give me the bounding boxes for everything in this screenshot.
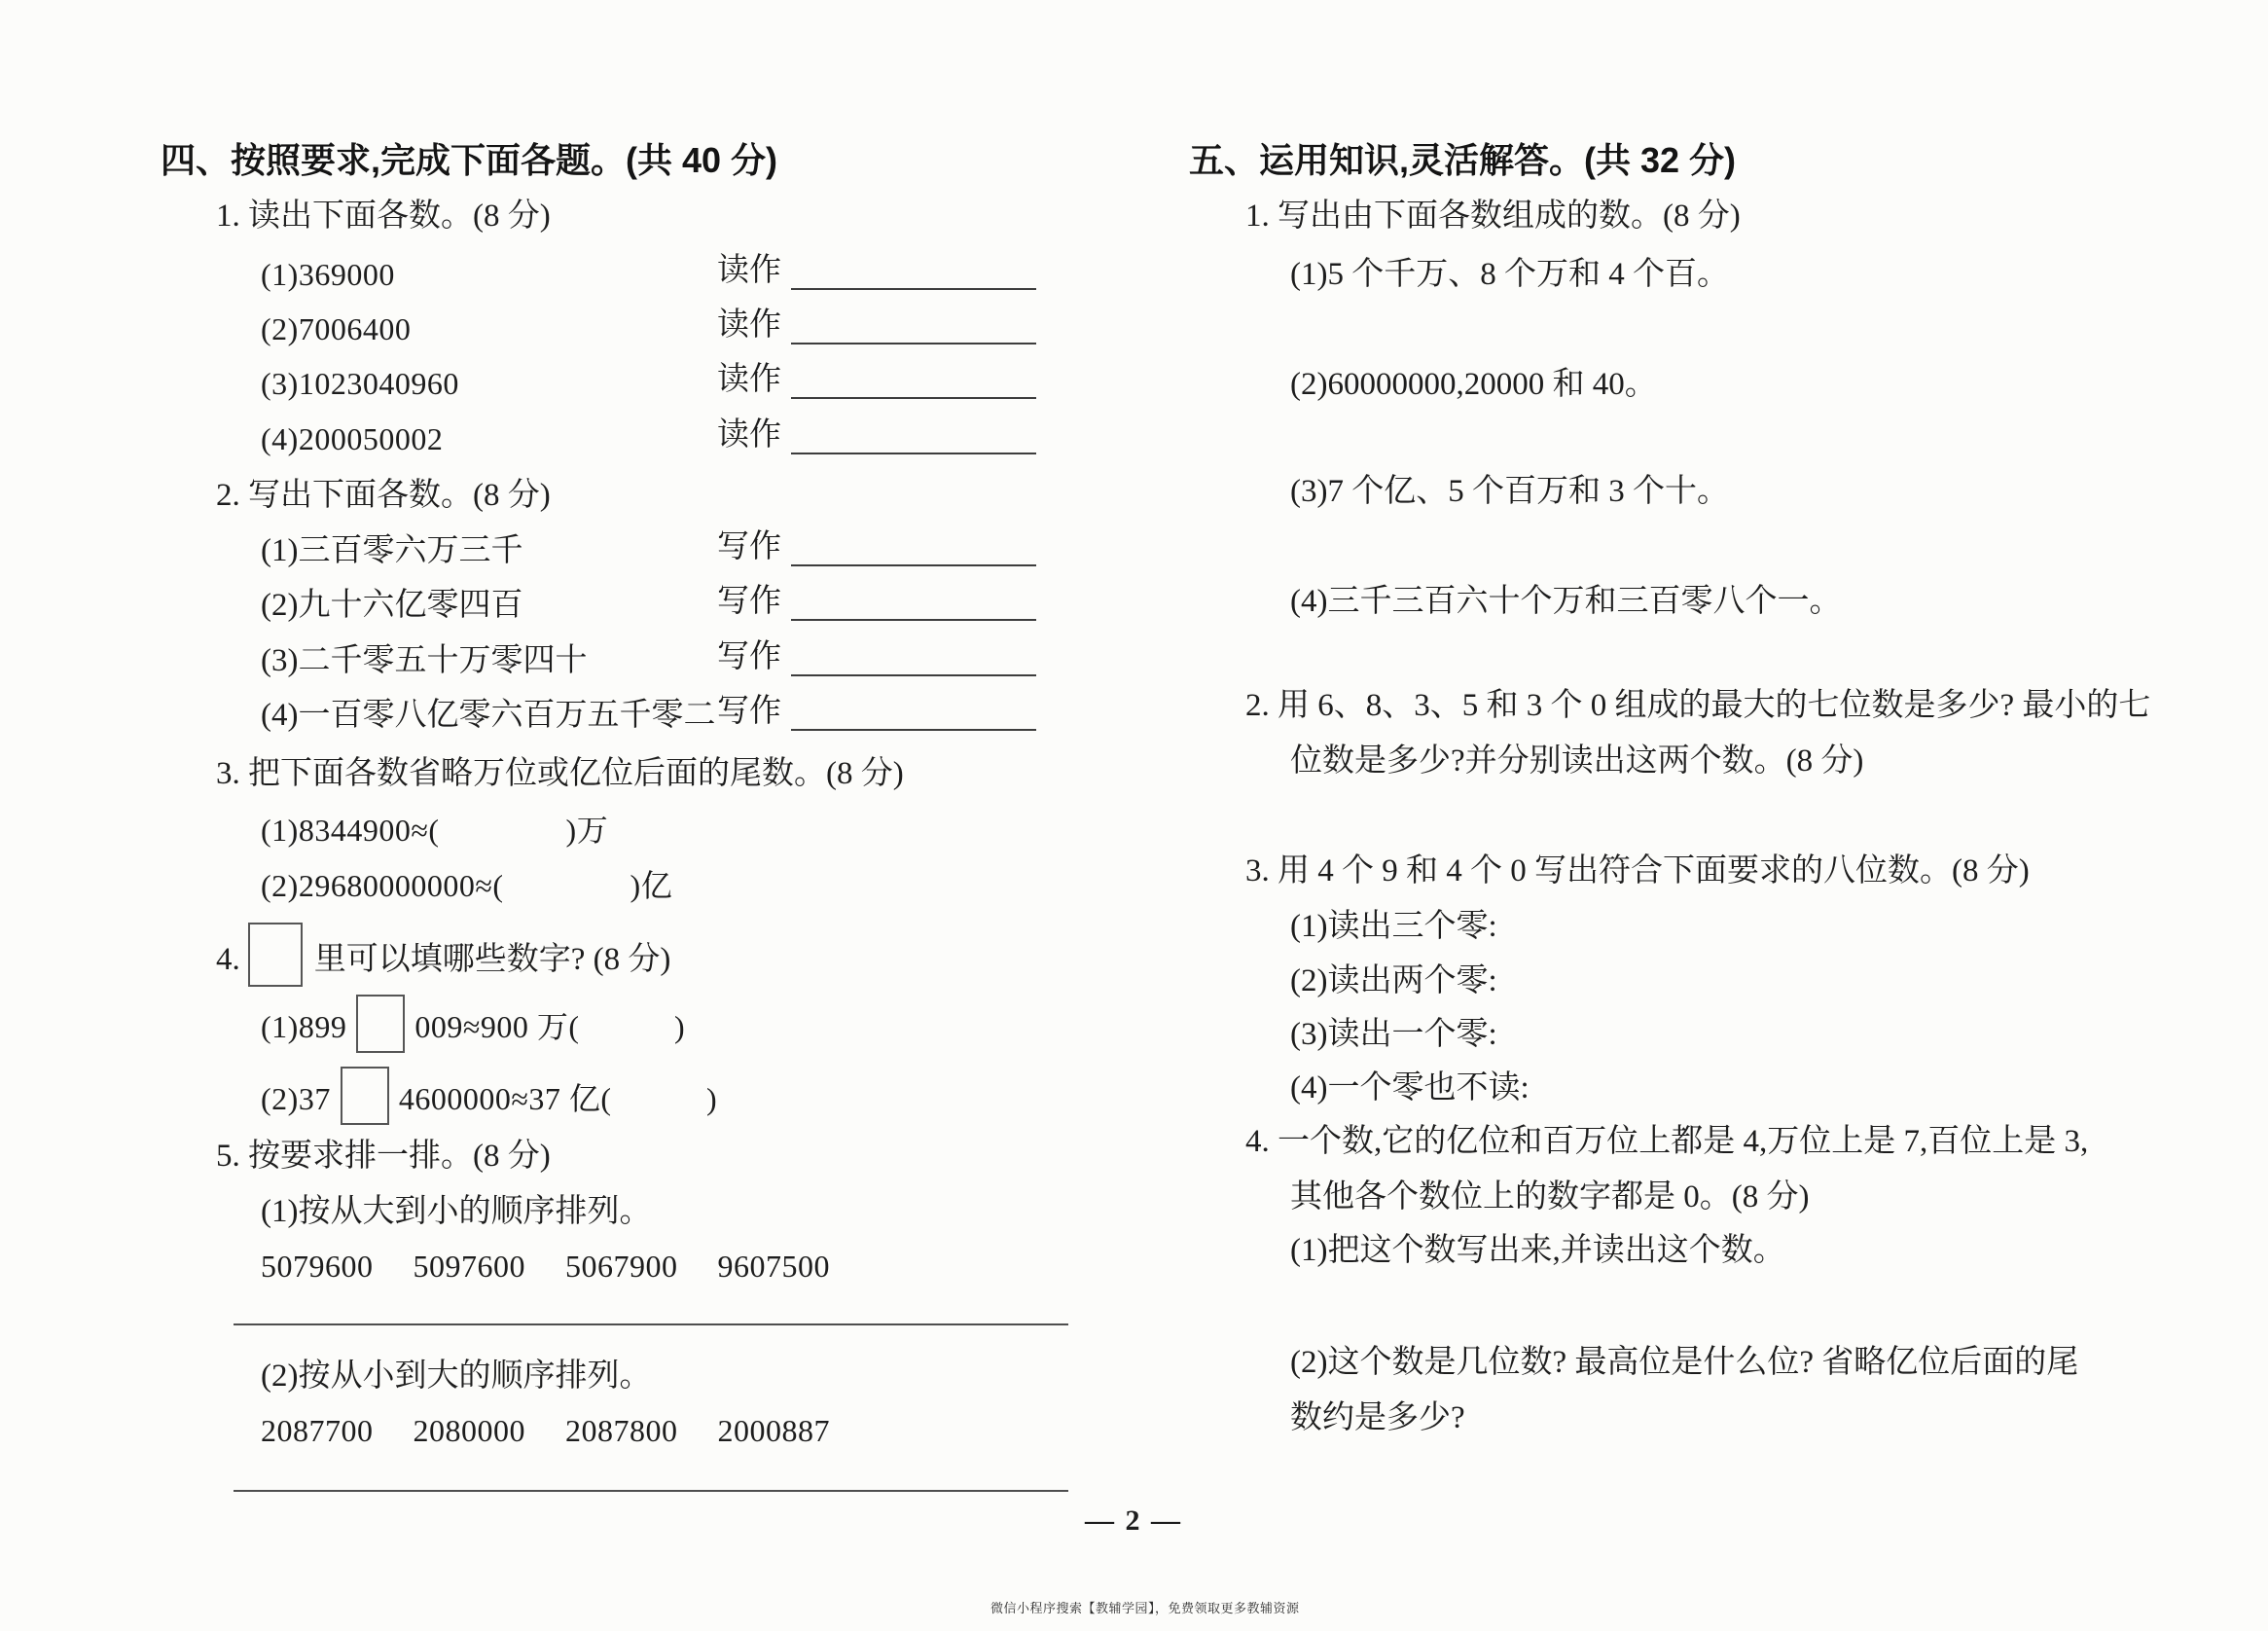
read-as-label: 读作	[717, 308, 781, 343]
fill-box	[356, 995, 405, 1053]
q4-5-numbers-1: 5079600 5097600 5067900 9607500	[261, 1247, 830, 1286]
read-as-row-4: 读作	[717, 416, 1036, 455]
answer-line	[234, 1323, 1068, 1325]
read-as-label: 读作	[717, 362, 781, 397]
q4-5-numbers-2: 2087700 2080000 2087800 2000887	[261, 1411, 830, 1450]
q4-1-item-4: (4)200050002	[261, 419, 443, 458]
q4-4-title: 4.里可以填哪些数字? (8 分)	[216, 923, 670, 987]
write-as-label: 写作	[717, 694, 781, 729]
section4-header: 四、按照要求,完成下面各题。(共 40 分)	[161, 138, 777, 182]
q5-4-sub-2-line-1: (2)这个数是几位数? 最高位是什么位? 省略亿位后面的尾	[1290, 1343, 2078, 1383]
answer-blank	[791, 531, 1036, 566]
q5-3-item-3: (3)读出一个零:	[1290, 1015, 1497, 1055]
q4-3-item-1: (1)8344900≈( )万	[261, 811, 608, 850]
write-as-row-3: 写作	[717, 637, 1036, 677]
q5-3-item-4: (4)一个零也不读:	[1290, 1069, 1530, 1108]
q5-3-item-2: (2)读出两个零:	[1290, 961, 1497, 1001]
q4-1-item-1: (1)369000	[261, 255, 395, 294]
q5-4-sub-2-line-2: 数约是多少?	[1290, 1398, 1465, 1438]
q4-4-item-2: (2)374600000≈37 亿( )	[261, 1067, 717, 1125]
write-as-row-2: 写作	[717, 582, 1036, 622]
q5-4-sub-1: (1)把这个数写出来,并读出这个数。	[1290, 1231, 1785, 1271]
answer-blank	[791, 419, 1036, 454]
answer-blank	[791, 255, 1036, 290]
q5-2-line-2: 位数是多少?并分别读出这两个数。(8 分)	[1290, 742, 1863, 781]
write-as-label: 写作	[717, 639, 781, 674]
read-as-row-3: 读作	[717, 360, 1036, 400]
q4-1-title: 1. 读出下面各数。(8 分)	[216, 197, 551, 236]
q4-2-item-1: (1)三百零六万三千	[261, 531, 522, 571]
q4-2-item-2: (2)九十六亿零四百	[261, 586, 522, 626]
answer-line	[234, 1490, 1068, 1492]
q5-3-title: 3. 用 4 个 9 和 4 个 0 写出符合下面要求的八位数。(8 分)	[1245, 852, 2030, 891]
q4-5-sub-2: (2)按从小到大的顺序排列。	[261, 1357, 651, 1396]
answer-blank	[791, 309, 1036, 344]
q5-1-item-1: (1)5 个千万、8 个万和 4 个百。	[1290, 255, 1729, 295]
q4-3-title: 3. 把下面各数省略万位或亿位后面的尾数。(8 分)	[216, 754, 904, 794]
write-as-label: 写作	[717, 584, 781, 619]
read-as-label: 读作	[717, 417, 781, 453]
fill-box	[341, 1067, 389, 1125]
q4-4-item-1: (1)899009≈900 万( )	[261, 995, 685, 1053]
q4-2-item-4: (4)一百零八亿零六百万五千零二	[261, 696, 715, 736]
answer-blank	[791, 364, 1036, 399]
read-as-label: 读作	[717, 253, 781, 288]
answer-blank	[791, 586, 1036, 621]
q4-2-title: 2. 写出下面各数。(8 分)	[216, 476, 551, 516]
write-as-label: 写作	[717, 529, 781, 564]
q5-1-title: 1. 写出由下面各数组成的数。(8 分)	[1245, 197, 1741, 236]
q5-1-item-3: (3)7 个亿、5 个百万和 3 个十。	[1290, 472, 1729, 512]
footer-note: 微信小程序搜索【教辅学园】，免费领取更多教辅资源	[990, 1598, 1300, 1616]
q5-1-item-4: (4)三千三百六十个万和三百零八个一。	[1290, 582, 1841, 622]
q5-4-line-1: 4. 一个数,它的亿位和百万位上都是 4,万位上是 7,百位上是 3,	[1245, 1122, 2088, 1162]
q4-5-title: 5. 按要求排一排。(8 分)	[216, 1137, 551, 1177]
page-number: — 2 —	[1056, 1504, 1211, 1538]
q4-2-item-3: (3)二千零五十万零四十	[261, 641, 587, 681]
q4-3-item-2: (2)29680000000≈( )亿	[261, 866, 672, 905]
worksheet-page: 四、按照要求,完成下面各题。(共 40 分) 1. 读出下面各数。(8 分) (…	[0, 0, 2268, 1631]
q4-1-item-3: (3)1023040960	[261, 364, 459, 403]
read-as-row-2: 读作	[717, 306, 1036, 345]
read-as-row-1: 读作	[717, 251, 1036, 291]
answer-blank	[791, 696, 1036, 731]
q4-5-sub-1: (1)按从大到小的顺序排列。	[261, 1192, 651, 1232]
fill-box	[248, 923, 303, 987]
section5-header: 五、运用知识,灵活解答。(共 32 分)	[1189, 138, 1736, 182]
q5-4-line-2: 其他各个数位上的数字都是 0。(8 分)	[1290, 1178, 1809, 1217]
answer-blank	[791, 641, 1036, 676]
q4-1-item-2: (2)7006400	[261, 309, 411, 348]
q5-1-item-2: (2)60000000,20000 和 40。	[1290, 365, 1657, 405]
write-as-row-1: 写作	[717, 527, 1036, 567]
q5-3-item-1: (1)读出三个零:	[1290, 907, 1497, 947]
write-as-row-4: 写作	[717, 692, 1036, 732]
q5-2-line-1: 2. 用 6、8、3、5 和 3 个 0 组成的最大的七位数是多少? 最小的七	[1245, 686, 2150, 726]
